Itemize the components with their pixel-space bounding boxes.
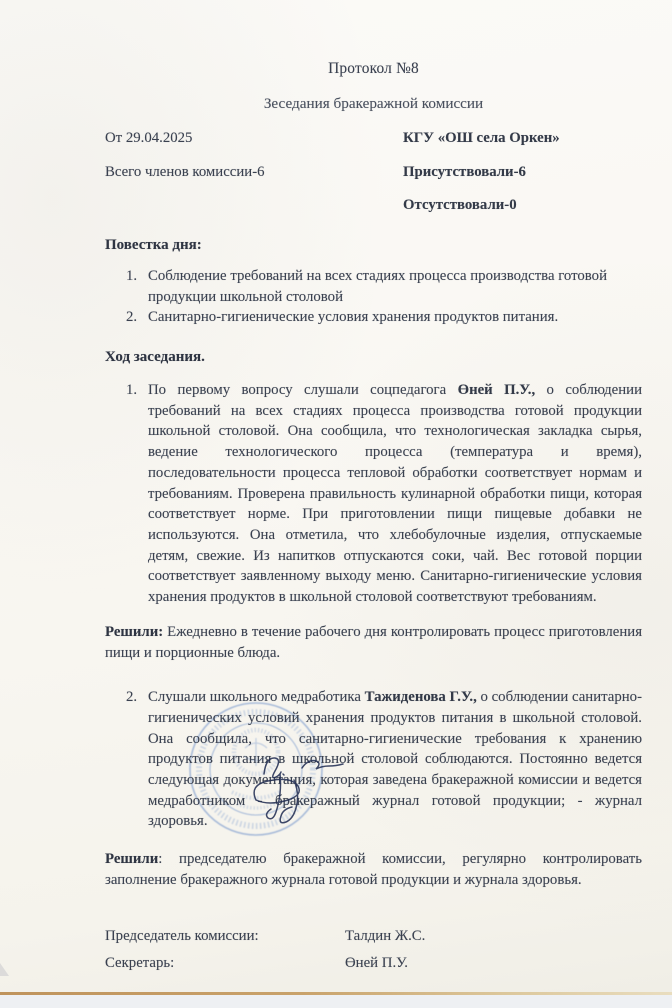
meta-members-total: Всего членов комиссии-6 xyxy=(105,162,403,183)
meta-block: От 29.04.2025 КГУ «ОШ села Оркен» Всего … xyxy=(105,128,642,216)
proceedings-item-text: Слушали школьного медработика Тажиденова… xyxy=(148,687,642,832)
speech-post: о соблюдении требований на всех стадиях … xyxy=(148,382,642,605)
agenda-item-number: 1. xyxy=(126,266,148,287)
resolution-label: Решили: xyxy=(105,624,163,640)
chairman-signature-row: Председатель комиссии: Талдин Ж.С. xyxy=(105,923,642,950)
scan-corner-artifact xyxy=(0,963,9,976)
resolution-text: : председателю бракеражной комиссии, рег… xyxy=(105,851,642,888)
proceedings-item-number: 2. xyxy=(126,687,148,708)
agenda-item: 2. Санитарно-гигиенические условия хране… xyxy=(105,307,642,328)
agenda-heading: Повестка дня: xyxy=(105,235,642,256)
handwritten-signatures-icon xyxy=(228,744,353,824)
secretary-label: Секретарь: xyxy=(105,950,345,977)
resolution-label: Решили xyxy=(105,851,158,867)
resolution-2: Решили: председателю бракеражной комисси… xyxy=(105,849,642,890)
speech-pre: По первому вопросу слушали соцпедагога xyxy=(148,382,458,398)
speaker-name: Тажиденова Г.У., xyxy=(365,689,477,705)
chairman-name: Талдин Ж.С. xyxy=(345,923,425,950)
document-content: Протокол №8 Зеседания бракеражной комисс… xyxy=(105,0,642,977)
doc-title: Протокол №8 xyxy=(105,58,642,80)
speaker-name: Өней П.У., xyxy=(458,382,536,398)
agenda-item-text: Санитарно-гигиенические условия хранения… xyxy=(148,307,642,328)
speech-post: о соблюдении санитарно-гигиенических усл… xyxy=(148,689,642,829)
meta-date: От 29.04.2025 xyxy=(105,128,403,149)
scan-background-strip xyxy=(0,995,672,1008)
proceedings-item-1: 1. По первому вопросу слушали соцпедагог… xyxy=(105,380,642,608)
proceedings-item-number: 1. xyxy=(126,380,148,401)
proceedings-heading: Ход заседания. xyxy=(105,347,642,368)
meta-spacer xyxy=(105,195,403,216)
signature-block: Председатель комиссии: Талдин Ж.С. Секре… xyxy=(105,923,642,977)
meta-org: КГУ «ОШ села Оркен» xyxy=(403,128,642,149)
meta-present: Присутствовали-6 xyxy=(403,162,642,183)
proceedings-item-2: 2. Слушали школьного медработика Тажиден… xyxy=(105,687,642,832)
secretary-name: Өней П.У. xyxy=(345,950,408,977)
agenda-list: 1. Соблюдение требований на всех стадиях… xyxy=(105,266,642,328)
speech-pre: Слушали школьного медработика xyxy=(148,689,365,705)
resolution-text: Ежедневно в течение рабочего дня контрол… xyxy=(105,624,642,661)
agenda-item: 1. Соблюдение требований на всех стадиях… xyxy=(105,266,642,307)
agenda-item-number: 2. xyxy=(126,307,148,328)
agenda-item-text: Соблюдение требований на всех стадиях пр… xyxy=(148,266,642,307)
meta-absent: Отсутствовали-0 xyxy=(403,195,642,216)
doc-subtitle: Зеседания бракеражной комиссии xyxy=(105,93,642,114)
chairman-label: Председатель комиссии: xyxy=(105,923,345,950)
scanned-document-page: Протокол №8 Зеседания бракеражной комисс… xyxy=(0,0,672,994)
resolution-1: Решили: Ежедневно в течение рабочего дня… xyxy=(105,622,642,663)
secretary-signature-row: Секретарь: Өней П.У. xyxy=(105,950,642,977)
proceedings-item-text: По первому вопросу слушали соцпедагога Ө… xyxy=(148,380,642,608)
